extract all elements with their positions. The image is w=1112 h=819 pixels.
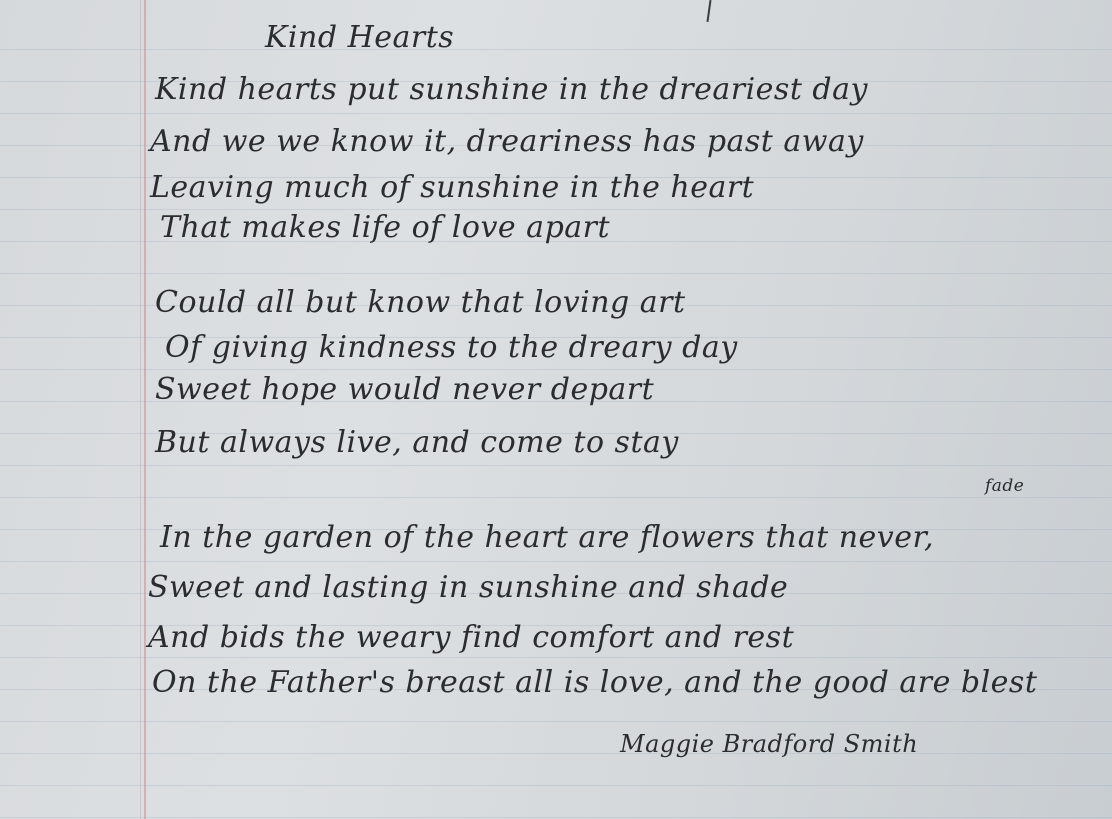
poem-line: And we we know it, dreariness has past a… [150,124,864,159]
poem-line: Could all but know that loving art [155,285,686,320]
poem-line: Sweet hope would never depart [155,372,654,407]
poem-line: But always live, and come to stay [155,425,679,460]
poem-line: In the garden of the heart are flowers t… [160,520,934,555]
poem-line: Sweet and lasting in sunshine and shade [148,570,788,605]
poem-line: Kind hearts put sunshine in the drearies… [155,72,868,107]
notebook-page: Kind Hearts Kind hearts put sunshine in … [0,0,1112,819]
poem-line: Of giving kindness to the dreary day [165,330,738,365]
insertion-word: fade [985,476,1024,496]
margin-line [144,0,146,819]
signature: Maggie Bradford Smith [620,730,918,758]
margin-line [140,0,141,819]
poem-title: Kind Hearts [265,20,454,55]
poem-line: On the Father's breast all is love, and … [152,665,1037,700]
poem-line: Leaving much of sunshine in the heart [150,170,754,205]
poem-line: That makes life of love apart [160,210,610,245]
ink-stroke [706,0,711,22]
poem-line: And bids the weary find comfort and rest [148,620,794,655]
